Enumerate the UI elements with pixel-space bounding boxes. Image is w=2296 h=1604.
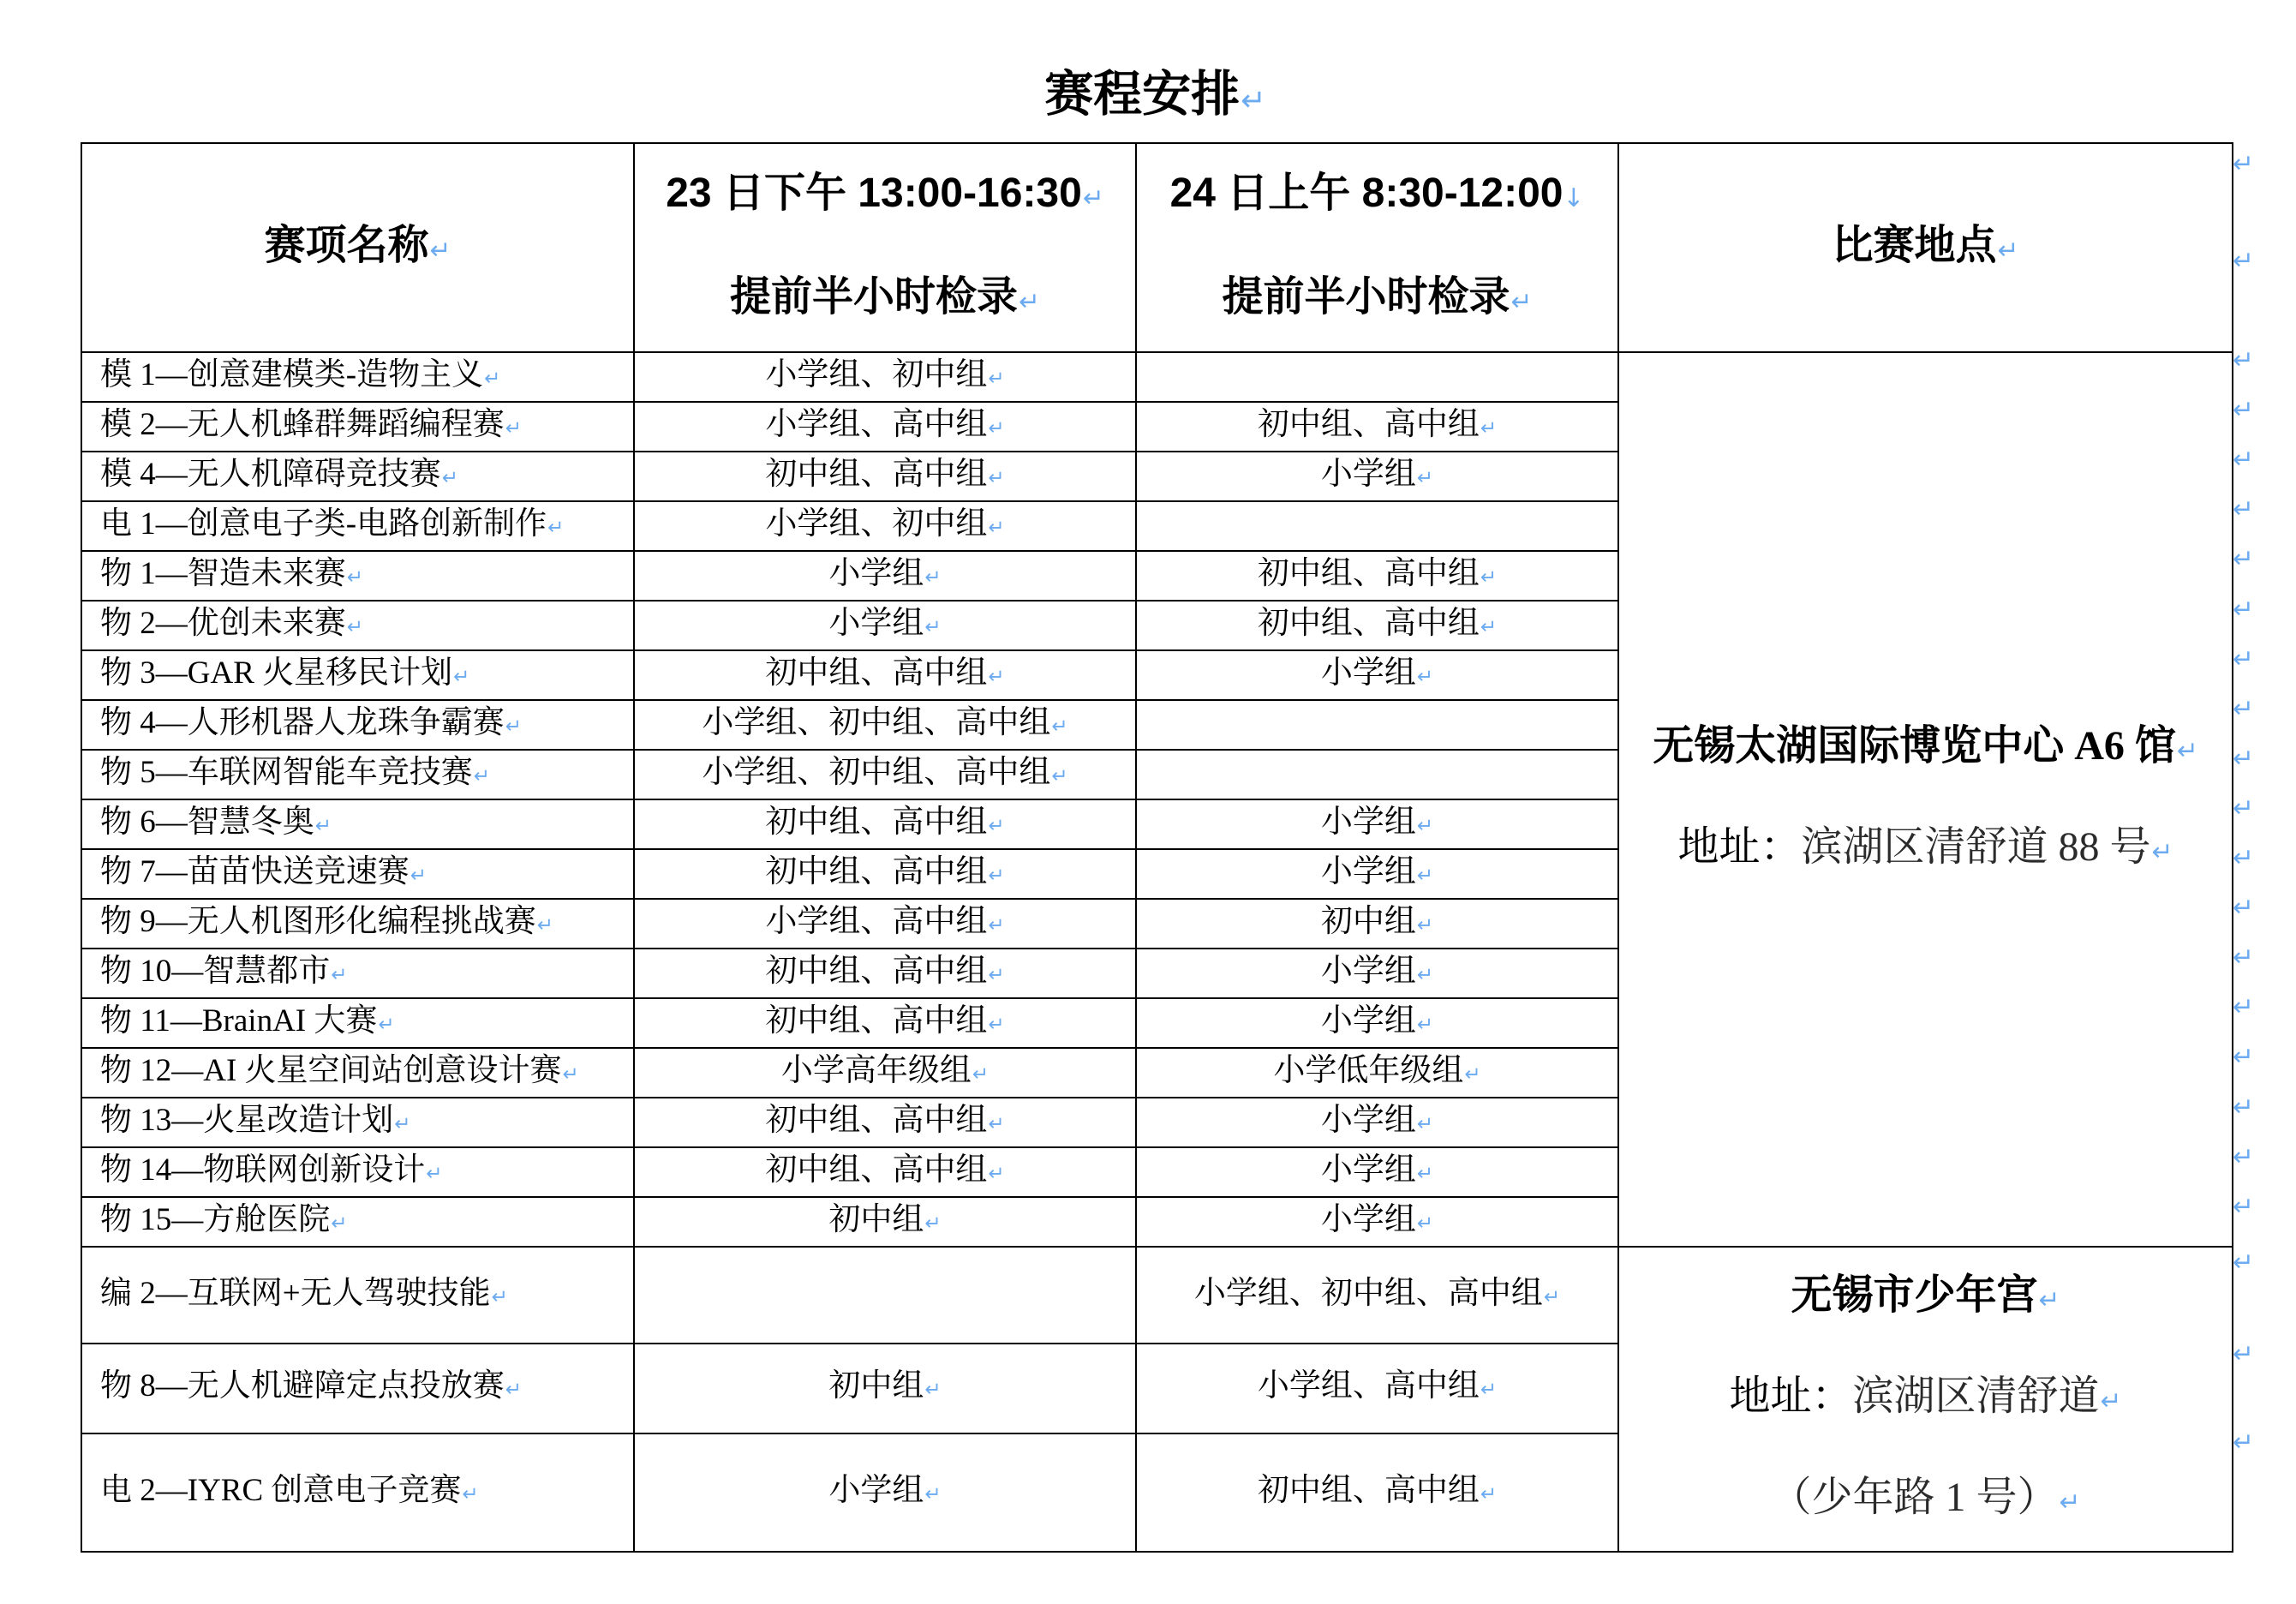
- event-cell: 物 7—苗苗快送竞速赛: [81, 849, 634, 899]
- paragraph-mark-icon: [1480, 1368, 1497, 1403]
- session-2-groups: 初中组、高中组: [1258, 556, 1480, 591]
- event-cell: 物 4—人形机器人龙珠争霸赛: [81, 700, 634, 750]
- paragraph-mark-icon: [924, 1202, 941, 1237]
- header-session-2-time-text: 24 日上午 8:30-12:00: [1170, 171, 1564, 216]
- paragraph-mark-icon: [987, 655, 1004, 691]
- paragraph-mark-icon: [505, 407, 522, 442]
- event-cell: 物 15—方舱医院: [81, 1197, 634, 1247]
- session-1-cell: 初中组、高中组: [634, 1147, 1136, 1197]
- session-1-groups: 初中组、高中组: [765, 655, 987, 691]
- session-1-groups: 小学组、高中组: [765, 407, 987, 442]
- header-session-2-note: 提前半小时检录: [1137, 248, 1617, 351]
- venue-name: 无锡市少年宫: [1619, 1248, 2232, 1349]
- session-1-cell: 初中组、高中组: [634, 998, 1136, 1048]
- session-1-cell: 小学组: [634, 1433, 1136, 1552]
- header-session-2-note-text: 提前半小时检录: [1223, 274, 1510, 320]
- row-end-mark-icon: [2233, 153, 2257, 176]
- row-end-mark-icon: [2233, 350, 2257, 372]
- paragraph-mark-icon: [924, 606, 941, 641]
- session-2-groups: 小学低年级组: [1273, 1053, 1463, 1088]
- session-1-groups: 小学高年级组: [781, 1053, 972, 1088]
- row-end-mark-icon: [2233, 698, 2257, 721]
- paragraph-mark-icon: [972, 1053, 989, 1088]
- session-2-cell: [1136, 352, 1618, 402]
- session-2-groups: 初中组、高中组: [1258, 1473, 1480, 1508]
- session-2-groups: 小学组: [1321, 1202, 1416, 1237]
- venue-name-text: 无锡太湖国际博览中心 A6 馆: [1653, 723, 2176, 769]
- session-1-cell: 小学组: [634, 601, 1136, 650]
- session-2-cell: 初中组、高中组: [1136, 1433, 1618, 1552]
- session-2-groups: 小学组: [1321, 457, 1416, 492]
- paragraph-mark-icon: [429, 223, 451, 268]
- row-end-mark-icon: [2233, 1344, 2257, 1366]
- session-1-cell: 初中组: [634, 1197, 1136, 1247]
- event-name: 物 11—BrainAI 大赛: [100, 1003, 377, 1038]
- paragraph-mark-icon: [1416, 1003, 1433, 1038]
- session-1-groups: 小学组、初中组、高中组: [702, 755, 1050, 790]
- header-session-1-time: 23 日下午 13:00-16:30: [635, 144, 1135, 248]
- session-2-groups: 小学组: [1321, 655, 1416, 691]
- session-1-groups: 初中组、高中组: [765, 1003, 987, 1038]
- page-title: 赛程安排: [81, 67, 2230, 122]
- session-2-cell: 小学组: [1136, 452, 1618, 501]
- session-1-cell: 初中组、高中组: [634, 799, 1136, 849]
- paragraph-mark-icon: [987, 854, 1004, 889]
- header-session-1-note-text: 提前半小时检录: [730, 274, 1018, 320]
- table-row: 模 1—创意建模类-造物主义 小学组、初中组 无锡太湖国际博览中心 A6 馆 地…: [81, 352, 2233, 402]
- session-1-cell: 小学组、高中组: [634, 402, 1136, 452]
- session-2-groups: 初中组、高中组: [1258, 407, 1480, 442]
- paragraph-mark-icon: [924, 1473, 941, 1508]
- event-name: 物 6—智慧冬奥: [100, 805, 314, 840]
- row-end-mark-icon: [2233, 1196, 2257, 1218]
- event-cell: 物 9—无人机图形化编程挑战赛: [81, 899, 634, 949]
- paragraph-mark-icon: [1050, 705, 1067, 740]
- session-1-groups: 小学组、初中组、高中组: [702, 705, 1050, 740]
- paragraph-mark-icon: [1416, 1202, 1433, 1237]
- paragraph-mark-icon: [1416, 1103, 1433, 1138]
- row-end-mark-icon: [2233, 947, 2257, 969]
- paragraph-mark-icon: [1543, 1276, 1560, 1311]
- event-cell: 物 12—AI 火星空间站创意设计赛: [81, 1048, 634, 1098]
- row-end-mark-icon: [2233, 1097, 2257, 1119]
- paragraph-mark-icon: [461, 1473, 478, 1508]
- paragraph-mark-icon: [987, 805, 1004, 840]
- session-2-groups: 小学组: [1321, 954, 1416, 989]
- session-2-groups: 小学组: [1321, 1103, 1416, 1138]
- schedule-table: 赛项名称 23 日下午 13:00-16:30 提前半小时检录 24 日上午 8…: [81, 142, 2233, 1553]
- row-end-mark-icon: [2233, 1432, 2257, 1454]
- session-2-cell: 初中组、高中组: [1136, 402, 1618, 452]
- event-name: 物 9—无人机图形化编程挑战赛: [100, 904, 536, 939]
- paragraph-mark-icon: [987, 506, 1004, 542]
- session-2-cell: 小学低年级组: [1136, 1048, 1618, 1098]
- session-2-cell: 小学组: [1136, 650, 1618, 700]
- event-name: 电 2—IYRC 创意电子竞赛: [100, 1473, 461, 1508]
- table-row: 编 2—互联网+无人驾驶技能 小学组、初中组、高中组 无锡市少年宫 地址：滨湖区…: [81, 1247, 2233, 1344]
- paragraph-mark-icon: [425, 1152, 442, 1188]
- paragraph-mark-icon: [987, 457, 1004, 492]
- header-session-1-note: 提前半小时检录: [635, 248, 1135, 351]
- event-cell: 物 14—物联网创新设计: [81, 1147, 634, 1197]
- event-name: 物 8—无人机避障定点投放赛: [100, 1368, 505, 1403]
- session-1-cell: 初中组、高中组: [634, 949, 1136, 998]
- paragraph-mark-icon: [1480, 606, 1497, 641]
- session-2-cell: 小学组: [1136, 849, 1618, 899]
- paragraph-mark-icon: [483, 357, 500, 392]
- venue-name: 无锡太湖国际博览中心 A6 馆: [1619, 698, 2232, 799]
- line-break-icon: [1563, 171, 1584, 216]
- event-name: 模 4—无人机障碍竞技赛: [100, 457, 441, 492]
- paragraph-mark-icon: [410, 854, 427, 889]
- paragraph-mark-icon: [562, 1053, 579, 1088]
- event-name: 物 14—物联网创新设计: [100, 1152, 425, 1188]
- event-cell: 物 8—无人机避障定点投放赛: [81, 1344, 634, 1433]
- header-venue-text: 比赛地点: [1833, 223, 1997, 268]
- event-name: 物 4—人形机器人龙珠争霸赛: [100, 705, 505, 740]
- paragraph-mark-icon: [987, 954, 1004, 989]
- session-2-cell: 小学组: [1136, 998, 1618, 1048]
- paragraph-mark-icon: [346, 556, 363, 591]
- event-cell: 模 4—无人机障碍竞技赛: [81, 452, 634, 501]
- paragraph-mark-icon: [1997, 223, 2019, 268]
- paragraph-mark-icon: [536, 904, 553, 939]
- event-cell: 模 1—创意建模类-造物主义: [81, 352, 634, 402]
- session-2-cell: 小学组、高中组: [1136, 1344, 1618, 1433]
- session-2-groups: 小学组: [1321, 854, 1416, 889]
- event-cell: 物 1—智造未来赛: [81, 551, 634, 601]
- event-cell: 物 11—BrainAI 大赛: [81, 998, 634, 1048]
- session-2-cell: 小学组: [1136, 1197, 1618, 1247]
- event-name: 物 3—GAR 火星移民计划: [100, 655, 452, 691]
- paragraph-mark-icon: [2059, 1475, 2081, 1520]
- row-end-mark-icon: [2233, 250, 2257, 272]
- session-1-cell: 小学组、初中组: [634, 501, 1136, 551]
- table-header-row: 赛项名称 23 日下午 13:00-16:30 提前半小时检录 24 日上午 8…: [81, 143, 2233, 352]
- venue-address: 地址：滨湖区清舒道: [1619, 1349, 2232, 1450]
- venue-address-note: （少年路 1 号）: [1619, 1450, 2232, 1551]
- paragraph-mark-icon: [1510, 274, 1533, 320]
- session-2-groups: 初中组、高中组: [1258, 606, 1480, 641]
- paragraph-mark-icon: [2151, 824, 2173, 870]
- paragraph-mark-icon: [2038, 1272, 2060, 1318]
- paragraph-mark-icon: [2100, 1374, 2122, 1419]
- session-2-cell: 小学组: [1136, 799, 1618, 849]
- header-session-1: 23 日下午 13:00-16:30 提前半小时检录: [634, 143, 1136, 352]
- session-1-groups: 小学组: [828, 556, 924, 591]
- paragraph-mark-icon: [1416, 805, 1433, 840]
- row-end-mark-icon: [2233, 499, 2257, 521]
- session-2-groups: 小学组、高中组: [1258, 1368, 1480, 1403]
- paragraph-mark-icon: [1463, 1053, 1480, 1088]
- paragraph-mark-icon: [330, 1202, 347, 1237]
- row-end-mark-icon: [2233, 599, 2257, 621]
- paragraph-mark-icon: [987, 1152, 1004, 1188]
- event-cell: 物 5—车联网智能车竞技赛: [81, 750, 634, 799]
- paragraph-mark-icon: [1480, 407, 1497, 442]
- header-event-name-text: 赛项名称: [265, 223, 429, 268]
- session-1-groups: 小学组: [828, 1473, 924, 1508]
- row-end-mark-icon: [2233, 997, 2257, 1019]
- document-page: 赛程安排 赛项名称 23 日下午 13:00-16:30 提前半小时检录 24 …: [0, 0, 2296, 1604]
- paragraph-mark-icon: [1240, 67, 1266, 122]
- session-1-groups: 初中组、高中组: [765, 954, 987, 989]
- paragraph-mark-icon: [924, 1368, 941, 1403]
- session-2-groups: 小学组、初中组、高中组: [1194, 1276, 1543, 1311]
- event-cell: 物 3—GAR 火星移民计划: [81, 650, 634, 700]
- session-2-cell: 初中组: [1136, 899, 1618, 949]
- event-name: 物 12—AI 火星空间站创意设计赛: [100, 1053, 562, 1088]
- paragraph-mark-icon: [987, 407, 1004, 442]
- event-cell: 电 2—IYRC 创意电子竞赛: [81, 1433, 634, 1552]
- session-1-groups: 小学组、初中组: [765, 506, 987, 542]
- paragraph-mark-icon: [505, 705, 522, 740]
- paragraph-mark-icon: [987, 904, 1004, 939]
- session-2-cell: 小学组: [1136, 1098, 1618, 1147]
- session-2-cell: [1136, 501, 1618, 551]
- paragraph-mark-icon: [452, 655, 469, 691]
- venue-address-label: 地址：: [1730, 1374, 1853, 1419]
- session-2-groups: 小学组: [1321, 805, 1416, 840]
- header-session-2: 24 日上午 8:30-12:00 提前半小时检录: [1136, 143, 1618, 352]
- session-2-groups: 小学组: [1321, 1152, 1416, 1188]
- row-end-mark-icon: [2233, 1046, 2257, 1068]
- session-2-cell: 小学组、初中组、高中组: [1136, 1247, 1618, 1344]
- paragraph-mark-icon: [505, 1368, 522, 1403]
- paragraph-mark-icon: [1416, 904, 1433, 939]
- session-1-groups: 小学组、高中组: [765, 904, 987, 939]
- paragraph-mark-icon: [1480, 1473, 1497, 1508]
- venue-address-text: 滨湖区清舒道: [1853, 1374, 2100, 1419]
- paragraph-mark-icon: [987, 1003, 1004, 1038]
- event-name: 编 2—互联网+无人驾驶技能: [100, 1276, 491, 1311]
- paragraph-mark-icon: [1416, 655, 1433, 691]
- session-1-cell: 小学组、初中组、高中组: [634, 700, 1136, 750]
- session-1-cell: 小学高年级组: [634, 1048, 1136, 1098]
- row-end-mark-icon: [2233, 798, 2257, 820]
- row-end-mark-icon: [2233, 548, 2257, 571]
- paragraph-mark-icon: [491, 1276, 508, 1311]
- session-1-groups: 初中组、高中组: [765, 1103, 987, 1138]
- session-2-cell: 初中组、高中组: [1136, 601, 1618, 650]
- event-cell: 物 6—智慧冬奥: [81, 799, 634, 849]
- paragraph-mark-icon: [1416, 954, 1433, 989]
- paragraph-mark-icon: [924, 556, 941, 591]
- paragraph-mark-icon: [1416, 457, 1433, 492]
- session-1-cell: 初中组: [634, 1344, 1136, 1433]
- venue-cell-youth-palace: 无锡市少年宫 地址：滨湖区清舒道 （少年路 1 号）: [1618, 1247, 2233, 1552]
- page-title-text: 赛程安排: [1044, 67, 1240, 122]
- session-2-cell: 初中组、高中组: [1136, 551, 1618, 601]
- paragraph-mark-icon: [346, 606, 363, 641]
- paragraph-mark-icon: [987, 357, 1004, 392]
- paragraph-mark-icon: [1018, 274, 1040, 320]
- row-end-mark-icon: [2233, 748, 2257, 770]
- event-name: 电 1—创意电子类-电路创新制作: [100, 506, 547, 542]
- session-2-cell: [1136, 750, 1618, 799]
- event-cell: 物 10—智慧都市: [81, 949, 634, 998]
- paragraph-mark-icon: [377, 1003, 394, 1038]
- session-1-groups: 初中组: [828, 1368, 924, 1403]
- session-1-cell: 小学组、初中组: [634, 352, 1136, 402]
- venue-address-text: 滨湖区清舒道 88 号: [1802, 824, 2151, 870]
- venue-address: 地址：滨湖区清舒道 88 号: [1619, 799, 2232, 901]
- session-1-groups: 初中组、高中组: [765, 1152, 987, 1188]
- paragraph-mark-icon: [1416, 854, 1433, 889]
- header-event-name: 赛项名称: [81, 143, 634, 352]
- session-1-groups: 初中组、高中组: [765, 854, 987, 889]
- session-2-cell: 小学组: [1136, 949, 1618, 998]
- session-2-groups: 初中组: [1321, 904, 1416, 939]
- header-session-1-time-text: 23 日下午 13:00-16:30: [666, 171, 1082, 216]
- session-1-cell: 小学组、高中组: [634, 899, 1136, 949]
- row-end-mark-icon: [2233, 1252, 2257, 1274]
- row-end-mark-icon: [2233, 649, 2257, 671]
- event-name: 物 10—智慧都市: [100, 954, 330, 989]
- session-1-cell: 初中组、高中组: [634, 1098, 1136, 1147]
- row-end-mark-icon: [2233, 1146, 2257, 1169]
- paragraph-mark-icon: [314, 805, 332, 840]
- session-2-groups: 小学组: [1321, 1003, 1416, 1038]
- session-1-cell: 初中组、高中组: [634, 650, 1136, 700]
- row-end-mark-icon: [2233, 399, 2257, 422]
- event-cell: 物 2—优创未来赛: [81, 601, 634, 650]
- paragraph-mark-icon: [987, 1103, 1004, 1138]
- row-end-mark-icon: [2233, 897, 2257, 919]
- paragraph-mark-icon: [330, 954, 347, 989]
- row-end-mark-icon: [2233, 847, 2257, 870]
- event-name: 物 7—苗苗快送竞速赛: [100, 854, 410, 889]
- session-1-groups: 小学组: [828, 606, 924, 641]
- event-name: 模 1—创意建模类-造物主义: [100, 357, 483, 392]
- session-2-cell: 小学组: [1136, 1147, 1618, 1197]
- venue-name-text: 无锡市少年宫: [1791, 1272, 2038, 1318]
- session-1-cell: 初中组、高中组: [634, 849, 1136, 899]
- session-1-cell: 初中组、高中组: [634, 452, 1136, 501]
- paragraph-mark-icon: [441, 457, 458, 492]
- event-name: 物 15—方舱医院: [100, 1202, 330, 1237]
- event-cell: 编 2—互联网+无人驾驶技能: [81, 1247, 634, 1344]
- session-1-groups: 小学组、初中组: [765, 357, 987, 392]
- event-name: 物 5—车联网智能车竞技赛: [100, 755, 473, 790]
- event-cell: 物 13—火星改造计划: [81, 1098, 634, 1147]
- paragraph-mark-icon: [1050, 755, 1067, 790]
- session-2-cell: [1136, 700, 1618, 750]
- event-cell: 模 2—无人机蜂群舞蹈编程赛: [81, 402, 634, 452]
- paragraph-mark-icon: [1082, 171, 1104, 216]
- session-1-groups: 初中组、高中组: [765, 805, 987, 840]
- event-name: 模 2—无人机蜂群舞蹈编程赛: [100, 407, 505, 442]
- event-cell: 电 1—创意电子类-电路创新制作: [81, 501, 634, 551]
- venue-cell-expo-center: 无锡太湖国际博览中心 A6 馆 地址：滨湖区清舒道 88 号: [1618, 352, 2233, 1247]
- paragraph-mark-icon: [2176, 723, 2198, 769]
- event-name: 物 2—优创未来赛: [100, 606, 346, 641]
- session-1-cell: 小学组: [634, 551, 1136, 601]
- session-1-cell: 小学组、初中组、高中组: [634, 750, 1136, 799]
- event-name: 物 13—火星改造计划: [100, 1103, 393, 1138]
- paragraph-mark-icon: [393, 1103, 410, 1138]
- session-1-groups: 初中组: [828, 1202, 924, 1237]
- row-end-mark-icon: [2233, 449, 2257, 471]
- paragraph-mark-icon: [547, 506, 564, 542]
- venue-address-note-text: （少年路 1 号）: [1771, 1475, 2059, 1520]
- session-1-cell: [634, 1247, 1136, 1344]
- event-name: 物 1—智造未来赛: [100, 556, 346, 591]
- paragraph-mark-icon: [1480, 556, 1497, 591]
- paragraph-mark-icon: [473, 755, 490, 790]
- header-session-2-time: 24 日上午 8:30-12:00: [1137, 144, 1617, 248]
- venue-address-label: 地址：: [1678, 824, 1802, 870]
- paragraph-mark-icon: [1416, 1152, 1433, 1188]
- header-venue: 比赛地点: [1618, 143, 2233, 352]
- session-1-groups: 初中组、高中组: [765, 457, 987, 492]
